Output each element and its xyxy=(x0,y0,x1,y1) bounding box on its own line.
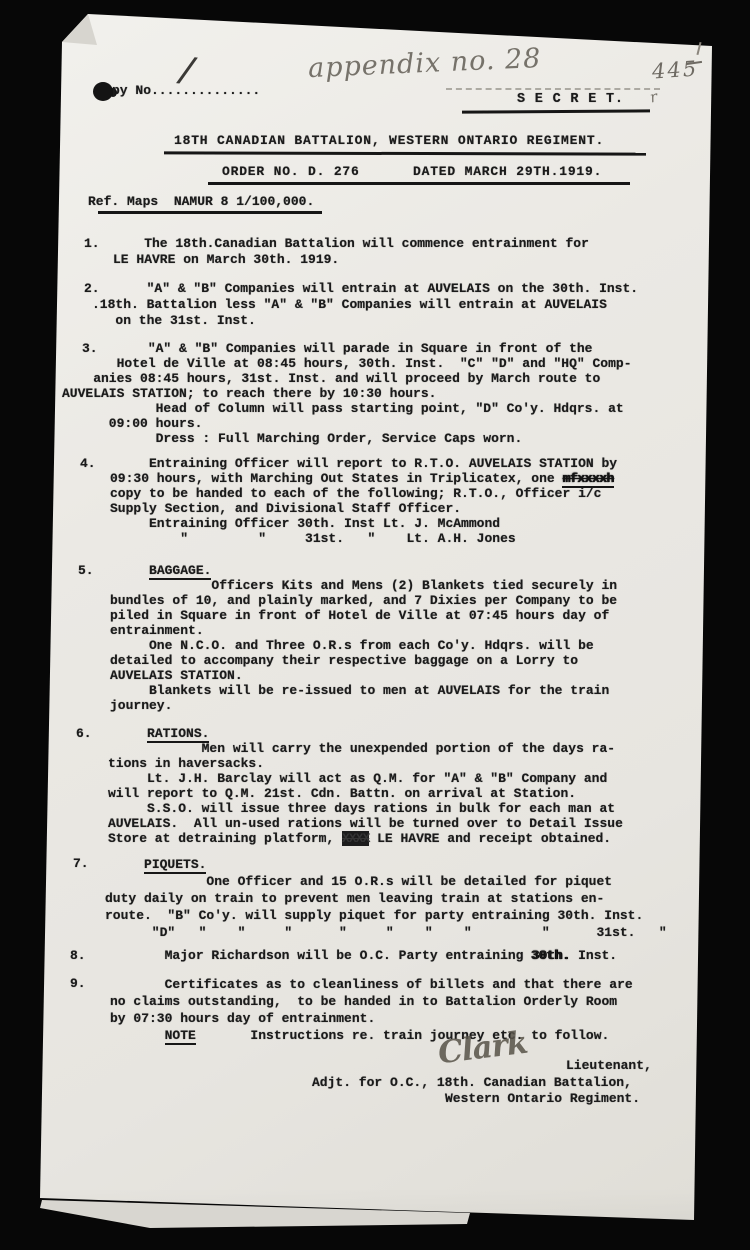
secret-classification: S E C R E T. xyxy=(517,92,624,107)
item-text-part: Entraining Officer will report to R.T.O.… xyxy=(110,456,617,486)
item-text: Certificates as to cleanliness of billet… xyxy=(110,976,633,1044)
item-text: The 18th.Canadian Battalion will commenc… xyxy=(113,236,589,268)
item-text-part: LE HAVRE and receipt obtained. xyxy=(369,831,611,846)
item-text-part: One Officer and 15 O.R.s will be detaile… xyxy=(105,874,667,940)
signature-regiment: Western Ontario Regiment. xyxy=(445,1091,640,1107)
map-reference-underline xyxy=(98,211,322,214)
blotted-out-word: XXXX xyxy=(342,831,369,846)
order-date: DATED MARCH 29TH.1919. xyxy=(413,164,602,179)
item-number: 5. xyxy=(78,563,94,578)
handwritten-page-number: 445 xyxy=(651,56,699,83)
item-text: Major Richardson will be O.C. Party entr… xyxy=(110,948,617,964)
signature-rank: Lieutenant, xyxy=(566,1058,652,1074)
item-text-part: Officers Kits and Mens (2) Blankets tied… xyxy=(110,578,617,713)
item-text: RATIONS. Men will carry the unexpended p… xyxy=(108,726,623,846)
document-title: 18TH CANADIAN BATTALION, WESTERN ONTARIO… xyxy=(174,133,604,148)
handwritten-slash: / xyxy=(173,55,200,95)
map-reference-line: Ref. Maps NAMUR 8 1/100,000. xyxy=(88,194,314,210)
item-number: 6. xyxy=(76,726,92,741)
item-text-part: Inst. xyxy=(570,948,617,963)
item-number: 9. xyxy=(70,976,86,991)
pencil-line-above-secret xyxy=(446,88,660,90)
document-content: appendix no. 28 445 py No.............. … xyxy=(0,0,750,1250)
title-underline xyxy=(164,151,646,155)
item-text: PIQUETS. One Officer and 15 O.R.s will b… xyxy=(105,856,667,941)
item-number: 8. xyxy=(70,948,86,963)
section-heading-piquets: PIQUETS. xyxy=(144,857,206,874)
note-label: NOTE xyxy=(165,1028,196,1045)
map-reference-label: Ref. Maps xyxy=(88,194,174,209)
indent xyxy=(110,563,149,578)
item-text: "A" & "B" Companies will parade in Squar… xyxy=(62,341,632,446)
order-underline xyxy=(208,182,630,185)
order-number: ORDER NO. D. 276 xyxy=(222,164,360,179)
item-text: BAGGAGE. Officers Kits and Mens (2) Blan… xyxy=(110,563,617,713)
item-text: Entraining Officer will report to R.T.O.… xyxy=(110,456,617,546)
handwritten-appendix-note: appendix no. 28 xyxy=(307,43,542,84)
map-reference-value: NAMUR 8 1/100,000. xyxy=(174,194,314,209)
corner-pencil-tick xyxy=(696,42,701,55)
indent xyxy=(108,726,147,741)
scanned-document: { "annotations": { "appendix_note": "app… xyxy=(0,0,750,1250)
item-text: "A" & "B" Companies will entrain at AUVE… xyxy=(92,281,638,329)
overstruck-date: 30th. xyxy=(531,948,570,963)
indent xyxy=(105,857,144,872)
item-text-part: Major Richardson will be O.C. Party entr… xyxy=(110,948,531,963)
item-number: 7. xyxy=(73,856,89,871)
signature-adjutant: Adjt. for O.C., 18th. Canadian Battalion… xyxy=(312,1075,632,1091)
secret-underline xyxy=(462,109,650,113)
item-number: 4. xyxy=(80,456,96,471)
item-number: 1. xyxy=(84,236,100,251)
item-text-part: copy to be handed to each of the followi… xyxy=(110,486,601,546)
pencil-mark: r xyxy=(648,87,659,106)
item-text-part: Instructions re. train journey etc. to f… xyxy=(196,1028,609,1043)
